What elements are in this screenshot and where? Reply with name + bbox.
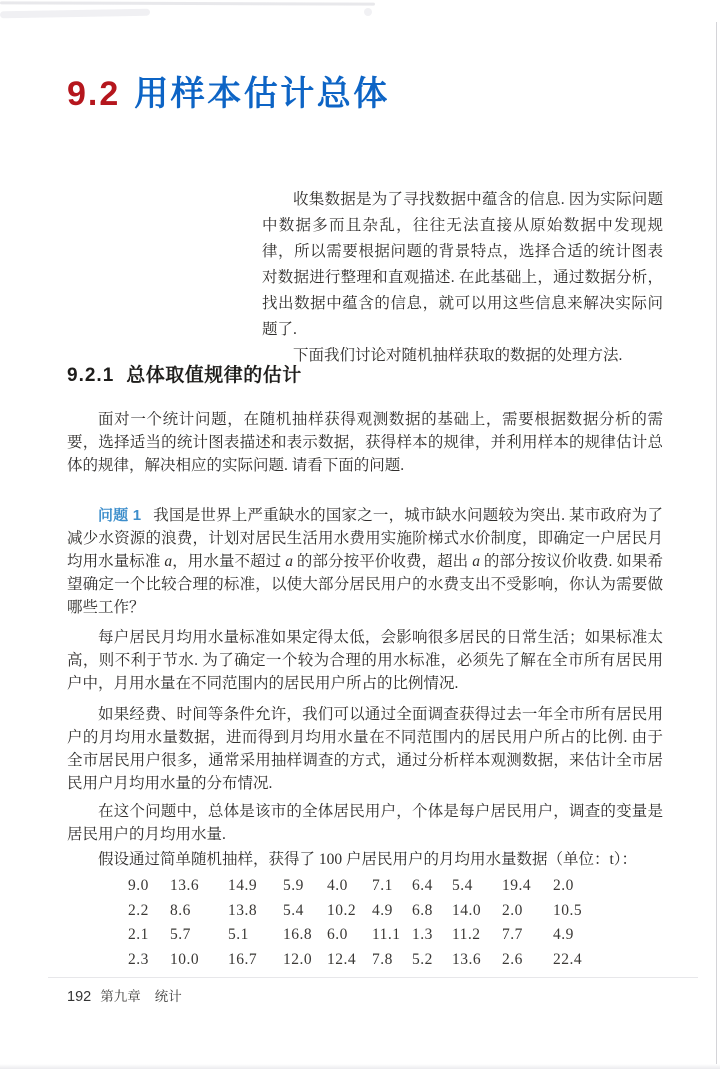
page-number: 192 — [67, 989, 91, 1005]
water-value: 6.8 — [412, 902, 452, 920]
water-usage-data-table: 9.013.614.95.94.07.16.45.419.42.02.28.61… — [128, 874, 608, 972]
water-value: 2.6 — [502, 951, 553, 969]
water-value: 8.6 — [170, 902, 228, 920]
subsection-title: 总体取值规律的估计 — [126, 365, 302, 386]
water-value: 4.0 — [327, 877, 372, 895]
paragraph-problem1: 问题 1我国是世界上严重缺水的国家之一，城市缺水问题较为突出. 某市政府为了减少… — [67, 504, 663, 619]
scan-artifact — [0, 1, 375, 5]
variable-a: a — [164, 553, 172, 570]
footer-chapter-title: 统计 — [155, 985, 182, 1005]
water-value: 12.4 — [327, 951, 372, 969]
scan-artifact — [364, 8, 372, 16]
water-value: 6.4 — [412, 877, 452, 895]
water-value: 5.2 — [412, 951, 452, 969]
water-value: 11.1 — [372, 926, 412, 944]
water-value: 10.2 — [327, 902, 372, 920]
water-value: 5.1 — [228, 926, 283, 944]
water-value: 13.8 — [228, 902, 283, 920]
water-value: 7.1 — [372, 877, 412, 895]
water-value: 22.4 — [553, 951, 582, 969]
water-value: 14.0 — [452, 902, 502, 920]
paragraph-standard-discussion: 每户居民月均用水量标准如果定得太低，会影响很多居民的日常生活；如果标准太高，则不… — [67, 626, 663, 695]
water-value: 2.3 — [128, 951, 170, 969]
chapter-title: 9.2用样本估计总体 — [67, 74, 390, 114]
paragraph-overview: 面对一个统计问题，在随机抽样获得观测数据的基础上，需要根据数据分析的需要，选择适… — [67, 408, 663, 477]
water-value: 2.0 — [553, 877, 574, 895]
water-value: 6.0 — [327, 926, 372, 944]
data-row: 2.310.016.712.012.47.85.213.62.622.4 — [128, 948, 608, 973]
scan-edge-line — [716, 22, 717, 1069]
paragraph-population-definition: 在这个问题中，总体是该市的全体居民用户，个体是每户居民用户，调查的变量是居民用户… — [67, 800, 663, 846]
intro-paragraph-1: 收集数据是为了寻找数据中蕴含的信息. 因为实际问题中数据多而且杂乱，往往无法直接… — [262, 187, 663, 343]
water-value: 13.6 — [452, 951, 502, 969]
problem1-text: ，用水量不超过 — [172, 553, 285, 570]
water-value: 10.5 — [553, 902, 582, 920]
water-value: 2.2 — [128, 902, 170, 920]
data-row: 9.013.614.95.94.07.16.45.419.42.0 — [128, 874, 608, 899]
water-value: 2.0 — [502, 902, 553, 920]
water-value: 16.7 — [228, 951, 283, 969]
chapter-title-text: 用样本估计总体 — [134, 75, 390, 113]
problem1-label: 问题 1 — [98, 507, 141, 524]
water-value: 7.7 — [502, 926, 553, 944]
intro-block: 收集数据是为了寻找数据中蕴含的信息. 因为实际问题中数据多而且杂乱，往往无法直接… — [262, 187, 663, 369]
textbook-page: 9.2用样本估计总体 收集数据是为了寻找数据中蕴含的信息. 因为实际问题中数据多… — [0, 0, 720, 1069]
variable-a: a — [285, 553, 293, 570]
scan-artifact — [0, 9, 150, 19]
water-value: 12.0 — [283, 951, 327, 969]
water-value: 7.8 — [372, 951, 412, 969]
problem1-text: 的部分按平价收费，超出 — [293, 553, 472, 570]
scan-fold-line — [48, 977, 698, 978]
water-value: 4.9 — [553, 926, 574, 944]
page-footer: 192 第九章 统计 — [67, 985, 182, 1005]
data-row: 2.15.75.116.86.011.11.311.27.74.9 — [128, 923, 608, 948]
data-row: 2.28.613.85.410.24.96.814.02.010.5 — [128, 899, 608, 924]
water-value: 5.4 — [283, 902, 327, 920]
water-value: 4.9 — [372, 902, 412, 920]
intro-paragraph-2: 下面我们讨论对随机抽样获取的数据的处理方法. — [262, 343, 663, 369]
paragraph-sample-intro: 假设通过简单随机抽样，获得了 100 户居民用户的月均用水量数据（单位：t）： — [67, 848, 663, 871]
water-value: 9.0 — [128, 877, 170, 895]
water-value: 13.6 — [170, 877, 228, 895]
water-value: 5.9 — [283, 877, 327, 895]
subsection-heading: 9.2.1总体取值规律的估计 — [67, 360, 302, 387]
water-value: 10.0 — [170, 951, 228, 969]
water-value: 5.7 — [170, 926, 228, 944]
water-value: 19.4 — [502, 877, 553, 895]
water-value: 16.8 — [283, 926, 327, 944]
water-value: 11.2 — [452, 926, 502, 944]
water-value: 1.3 — [412, 926, 452, 944]
subsection-number: 9.2.1 — [67, 365, 114, 386]
water-value: 14.9 — [228, 877, 283, 895]
water-value: 5.4 — [452, 877, 502, 895]
scan-edge-shadow — [0, 1064, 720, 1069]
chapter-title-number: 9.2 — [67, 75, 120, 113]
variable-a: a — [472, 553, 480, 570]
footer-chapter: 第九章 — [100, 985, 141, 1005]
paragraph-survey-method: 如果经费、时间等条件允许，我们可以通过全面调查获得过去一年全市所有居民用户的月均… — [67, 703, 663, 795]
water-value: 2.1 — [128, 926, 170, 944]
